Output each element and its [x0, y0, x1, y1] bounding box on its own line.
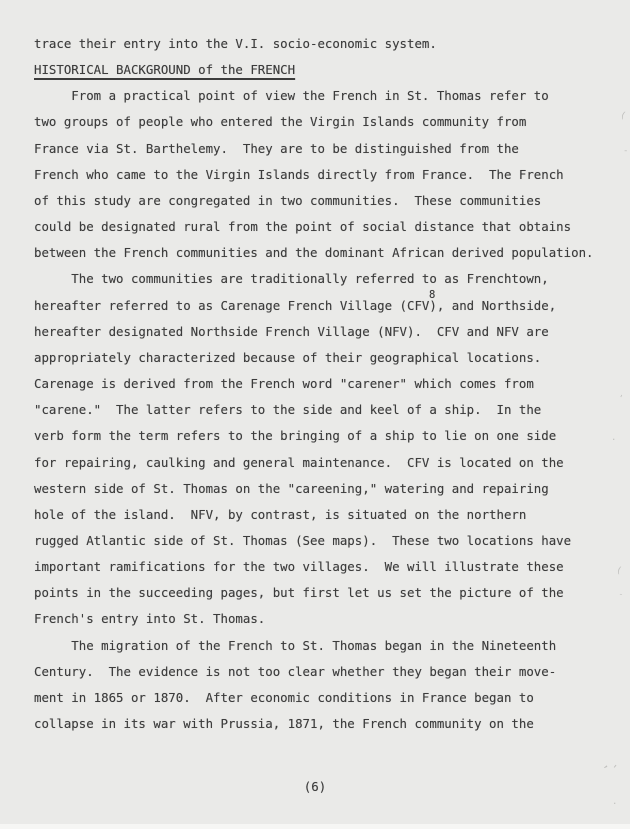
text-line: rugged Atlantic side of St. Thomas (See …: [34, 528, 620, 554]
scan-artifact: `: [619, 593, 628, 604]
scan-artifact: ,': [603, 759, 619, 774]
text-line: hole of the island. NFV, by contrast, is…: [34, 502, 620, 528]
text-line: between the French communities and the d…: [34, 240, 620, 266]
text-line: Carenage is derived from the French word…: [34, 371, 620, 397]
text-line: collapse in its war with Prussia, 1871, …: [34, 711, 620, 737]
body-text: trace their entry into the V.I. socio-ec…: [34, 31, 620, 737]
text-line: The two communities are traditionally re…: [34, 266, 620, 292]
document-page: trace their entry into the V.I. socio-ec…: [0, 0, 630, 829]
text-line: for repairing, caulking and general main…: [34, 450, 620, 476]
text-line: two groups of people who entered the Vir…: [34, 109, 620, 135]
text-line: French's entry into St. Thomas.: [34, 606, 620, 632]
text-line: ment in 1865 or 1870. After economic con…: [34, 685, 620, 711]
text-line: could be designated rural from the point…: [34, 214, 620, 240]
text-line: western side of St. Thomas on the "caree…: [34, 476, 620, 502]
text-line: Century. The evidence is not too clear w…: [34, 659, 620, 685]
text-line: important ramifications for the two vill…: [34, 554, 620, 580]
text-line: verb form the term refers to the bringin…: [34, 423, 620, 449]
page-number: (6): [0, 774, 630, 800]
text-line: appropriately characterized because of t…: [34, 345, 620, 371]
text-line: France via St. Barthelemy. They are to b…: [34, 136, 620, 162]
text-line: trace their entry into the V.I. socio-ec…: [34, 31, 620, 57]
text-line: hereafter designated Northside French Vi…: [34, 319, 620, 345]
text-line: of this study are congregated in two com…: [34, 188, 620, 214]
text-line: points in the succeeding pages, but firs…: [34, 580, 620, 606]
scan-artifact: -: [623, 147, 628, 156]
text-line: "carene." The latter refers to the side …: [34, 397, 620, 423]
text-line: hereafter referred to as Carenage French…: [34, 293, 620, 319]
scan-edge: [0, 824, 630, 829]
text-line: HISTORICAL BACKGROUND of the FRENCH: [34, 57, 620, 83]
text-line: French who came to the Virgin Islands di…: [34, 162, 620, 188]
text-line: The migration of the French to St. Thoma…: [34, 633, 620, 659]
text-line: From a practical point of view the Frenc…: [34, 83, 620, 109]
footnote-marker: 8: [429, 290, 435, 301]
